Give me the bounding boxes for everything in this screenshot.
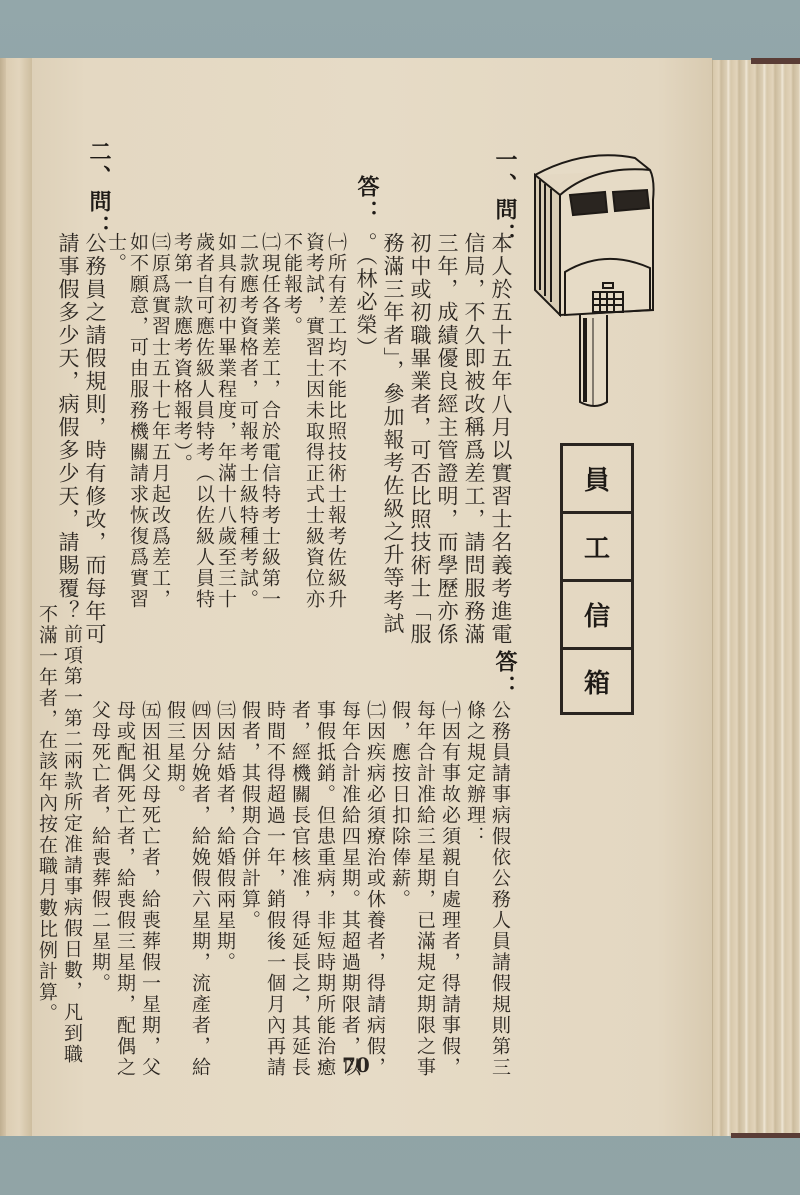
answer-2-line: ㈢因結婚者，給婚假兩星期。 <box>215 700 235 973</box>
question-1-line: 初中或初職畢業者，可否比照技術士「服 <box>409 232 431 646</box>
right-page-stack <box>712 60 800 1136</box>
answer-2-line: 假者，其假期合併計算。 <box>240 700 260 931</box>
answer-2-line: 假，應按日扣除俸薪。 <box>390 700 410 910</box>
answer-2-line: ㈡因疾病必須療治或休養者，得請病假， <box>365 700 385 1078</box>
cover-edge-bottom <box>731 1133 800 1138</box>
answer-1-line: 如不願意，可由服務機關請求恢復爲實習 <box>128 232 148 610</box>
answer-1-line: 不能報考。 <box>282 232 302 337</box>
answer-2-line: ㈠因有事故必須親自處理者，得請事假， <box>440 700 460 1078</box>
answer-2-line: 事假抵銷。但患重病，非短時期所能治癒 <box>315 700 335 1078</box>
book-spine <box>0 58 6 1136</box>
answer-1-line: 資考試，實習士因未取得正式士級資位亦 <box>304 232 324 610</box>
section-title-char: 箱 <box>563 647 631 715</box>
section-title-char: 信 <box>563 579 631 647</box>
answer-2-note-line: 前項第一第二兩款所定准請事病假日數，凡到職 <box>62 624 82 1065</box>
answer-2-line: 母或配偶死亡者，給喪假三星期，配偶之 <box>115 700 135 1078</box>
answer-1-line: ㈠所有差工均不能比照技術士報考佐級升 <box>326 232 346 610</box>
answer-2-line: 父母死亡者，給喪葬假二星期。 <box>90 700 110 994</box>
question-1-line: 三年，成績優良經主管證明，而學歷亦係 <box>436 232 458 646</box>
answer-1-label: 答： <box>352 175 383 225</box>
answer-2-line: 每年合計准給三星期，已滿規定期限之事 <box>415 700 435 1078</box>
question-1-line: 信局，不久即被改稱爲差工，請問服務滿 <box>463 232 485 646</box>
question-1-line: 務滿三年者」，參加報考佐級之升等考試 <box>382 232 404 636</box>
answer-1-line: 歲者自可應佐級人員特考（以佐級人員特 <box>194 232 214 610</box>
page-number: 70 <box>342 1053 370 1077</box>
answer-2-line: 公務員請事病假依公務人員請假規則第三 <box>490 700 510 1078</box>
section-title-char: 工 <box>563 511 631 579</box>
question-1-line: 本人於五十五年八月以實習士名義考進電 <box>490 232 512 646</box>
answer-1-line: ㈢原爲實習士五十七年五月起改爲差工， <box>150 232 170 610</box>
mailbox-icon <box>535 155 654 406</box>
answer-2-line: ㈣因分娩者，給娩假六星期，流產者，給 <box>190 700 210 1078</box>
answer-2-line: 條之規定辦理： <box>465 700 485 847</box>
section-title-char: 員 <box>563 443 631 511</box>
answer-2-line: 時間不得超過一年，銷假後一個月內再請 <box>265 700 285 1078</box>
answer-1-line: 二款應考資格者，可報考士級特種考試。 <box>238 232 258 610</box>
question-1-line: 。（林必榮） <box>355 232 377 360</box>
answer-2-line: 假三星期。 <box>165 700 185 805</box>
question-2-line: 請事假多少天，病假多少天，請賜覆？ <box>57 232 79 623</box>
answer-1-line: 如具有初中畢業程度，年滿十八歲至三十 <box>216 232 236 610</box>
answer-2-line: 每年合計准給四星期。其超過期限者，以 <box>340 700 360 1078</box>
answer-2-line: 者，經機關長官核准，得延長之，其延長 <box>290 700 310 1078</box>
answer-1-line: ㈡現任各業差工，合於電信特考士級第一 <box>260 232 280 610</box>
mailbox-illustration <box>525 140 665 420</box>
cover-edge-top <box>751 58 800 64</box>
left-page-edge <box>0 58 33 1136</box>
section-title-box: 員 工 信 箱 <box>560 443 634 715</box>
question-2-label: 二、問： <box>84 140 115 240</box>
answer-2-label: 答： <box>490 650 521 700</box>
answer-2-note-line: 不滿一年者，在該年內按在職月數比例計算。 <box>37 604 57 1024</box>
answer-2-line: ㈤因祖父母死亡者，給喪葬假一星期，父 <box>140 700 160 1078</box>
answer-1-line: 考第一款應考資格報考）。 <box>172 232 192 475</box>
question-2-line: 公務員之請假規則，時有修改，而每年可 <box>84 232 106 646</box>
